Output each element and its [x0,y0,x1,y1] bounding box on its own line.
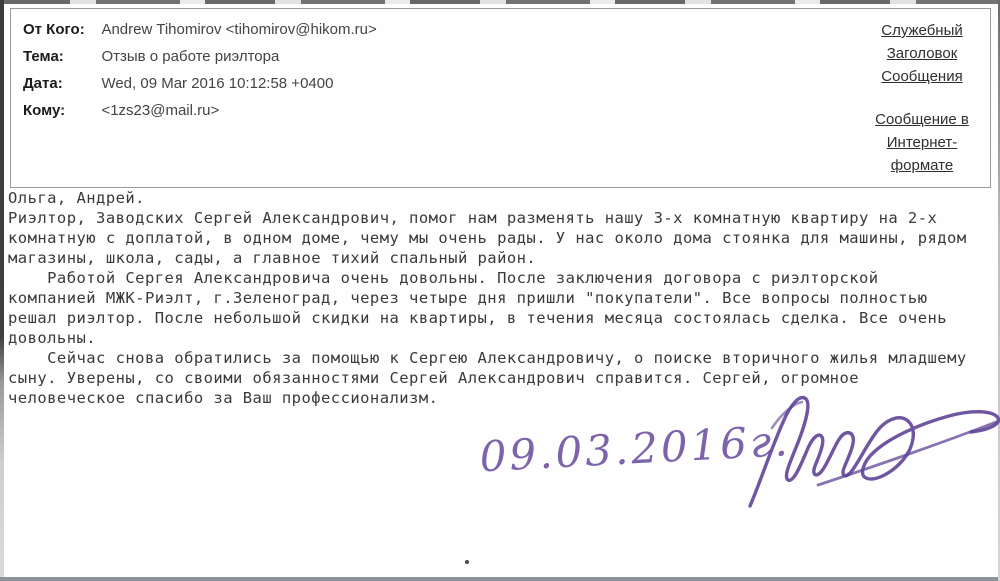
handwritten-date: 09.03.2016г. [478,416,791,481]
scan-edge-bottom [0,577,1000,581]
header-links-column: Служебный Заголовок Сообщения Сообщение … [862,19,982,177]
scanned-email-page: От Кого: Andrew Tihomirov <tihomirov@hik… [0,0,1000,581]
date-label: Дата: [23,70,97,97]
header-row-from: От Кого: Andrew Tihomirov <tihomirov@hik… [23,16,377,43]
to-value: <1zs23@mail.ru> [101,102,219,119]
subject-label: Тема: [23,43,97,70]
to-label: Кому: [23,97,97,124]
date-value: Wed, 09 Mar 2016 10:12:58 +0400 [101,75,333,92]
internet-format-link[interactable]: Сообщение в Интернет-формате [862,108,982,177]
from-value: Andrew Tihomirov <tihomirov@hikom.ru> [101,21,376,38]
subject-value: Отзыв о работе риэлтора [101,48,279,65]
from-label: От Кого: [23,16,97,43]
header-row-date: Дата: Wed, 09 Mar 2016 10:12:58 +0400 [23,70,377,97]
scan-edge-left [0,0,4,581]
scan-edge-top [0,0,1000,4]
email-header-box: От Кого: Andrew Tihomirov <tihomirov@hik… [10,8,991,188]
service-header-link[interactable]: Служебный Заголовок Сообщения [862,19,982,88]
email-body-text: Ольга, Андрей. Риэлтор, Заводских Сергей… [8,188,994,408]
header-row-subject: Тема: Отзыв о работе риэлтора [23,43,377,70]
email-header-fields: От Кого: Andrew Tihomirov <tihomirov@hik… [23,16,377,124]
scan-speck [465,560,469,564]
header-row-to: Кому: <1zs23@mail.ru> [23,97,377,124]
signature-flourish [750,397,998,506]
